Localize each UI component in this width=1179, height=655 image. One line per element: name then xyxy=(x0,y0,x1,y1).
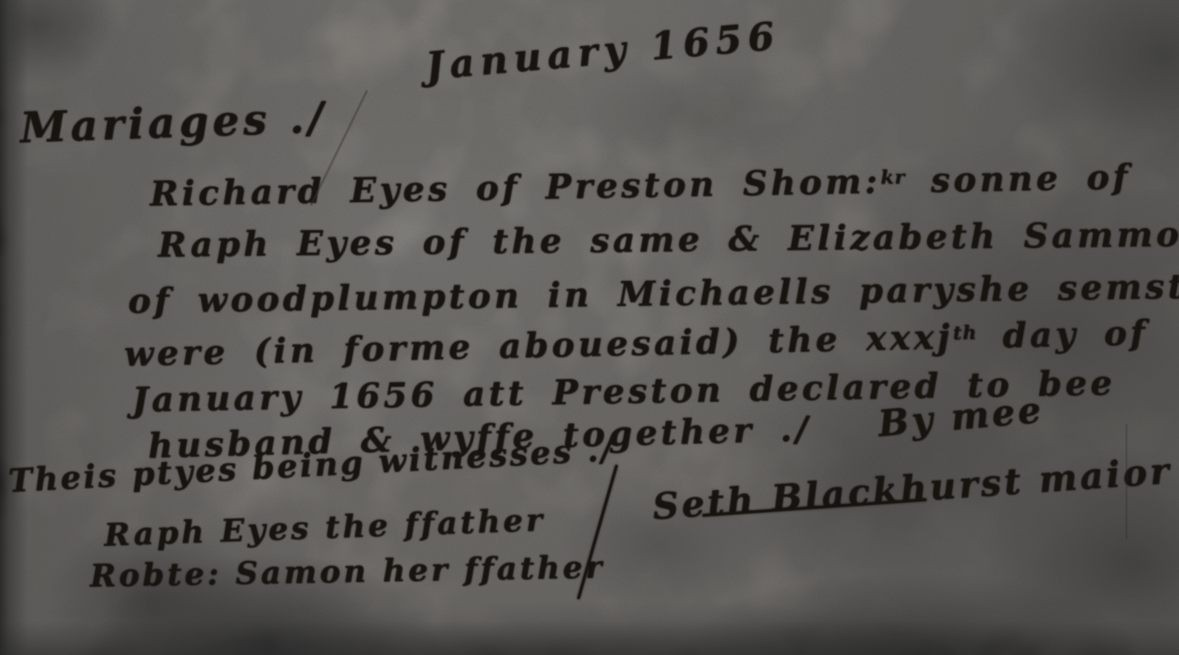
record-line-3: of woodplumpton in Michaells paryshe sem… xyxy=(128,266,1179,321)
abbreviation-superscript: kr xyxy=(880,166,905,188)
fold-line xyxy=(1126,424,1127,539)
record-line-text: Richard Eyes of Preston Shom: xyxy=(150,162,881,215)
record-line-text: of woodplumpton in Michaells paryshe sem… xyxy=(128,266,1179,321)
manuscript-page: January 1656 Mariages ./ Richard Eyes of… xyxy=(0,0,1179,655)
section-heading-marriages: Mariages ./ xyxy=(19,93,328,153)
record-line-text: were (in forme abouesaid) the xxxj xyxy=(124,317,954,374)
abbreviation-superscript: th xyxy=(953,322,978,345)
witness-name-groom-father: Raph Eyes the ffather xyxy=(104,502,546,553)
record-line-2: Raph Eyes of the same & Elizabeth Sammon… xyxy=(158,214,1179,265)
handwriting-layer: January 1656 Mariages ./ Richard Eyes of… xyxy=(0,0,1179,655)
mayor-signature: Seth Blackhurst maior xyxy=(651,450,1173,528)
record-line-text: day of xyxy=(977,313,1149,357)
record-line-text: sonne of xyxy=(905,157,1131,201)
witness-name-bride-father: Robte: Samon her ffather xyxy=(90,550,605,595)
record-line-1: Richard Eyes of Preston Shom:kr sonne of xyxy=(150,157,1131,214)
header-date: January 1656 xyxy=(424,13,782,89)
record-line-text: Raph Eyes of the same & Elizabeth Sammon… xyxy=(158,214,1179,265)
